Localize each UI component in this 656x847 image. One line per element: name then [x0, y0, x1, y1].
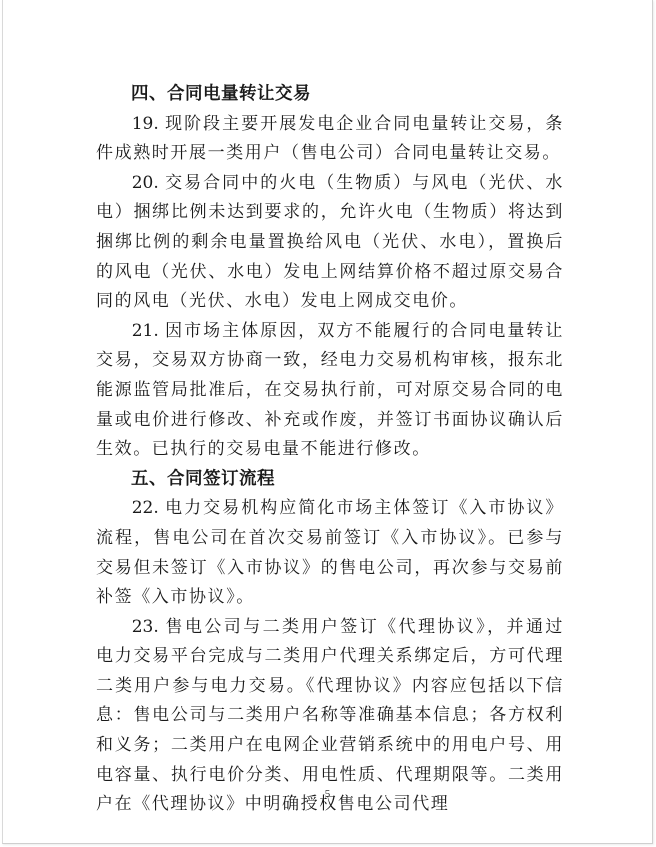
clause-text: 现阶段主要开展发电企业合同电量转让交易，条件成熟时开展一类用户（售电公司）合同电… [96, 114, 564, 164]
clause-number: 20. [132, 173, 159, 193]
clause-number: 23. [132, 617, 159, 637]
clause-number: 19. [132, 114, 159, 134]
document-page: 四、合同电量转让交易 19.现阶段主要开展发电企业合同电量转让交易，条件成熟时开… [2, 0, 653, 844]
clause-number: 22. [132, 498, 159, 518]
clause-number: 21. [132, 321, 159, 341]
section-heading-5: 五、合同签订流程 [96, 465, 564, 495]
clause-21: 21.因市场主体原因，双方不能履行的合同电量转让交易，交易双方协商一致，经电力交… [96, 317, 564, 465]
clause-text: 售电公司与二类用户签订《代理协议》，并通过电力交易平台完成与二类用户代理关系绑定… [96, 617, 564, 815]
section-heading-4: 四、合同电量转让交易 [96, 80, 564, 110]
clause-text: 电力交易机构应简化市场主体签订《入市协议》流程，售电公司在首次交易前签订《入市协… [96, 498, 564, 607]
page-number: 5 [3, 788, 652, 800]
clause-20: 20.交易合同中的火电（生物质）与风电（光伏、水电）捆绑比例未达到要求的，允许火… [96, 169, 564, 317]
clause-text: 因市场主体原因，双方不能履行的合同电量转让交易，交易双方协商一致，经电力交易机构… [96, 321, 564, 459]
clause-19: 19.现阶段主要开展发电企业合同电量转让交易，条件成熟时开展一类用户（售电公司）… [96, 110, 564, 169]
page-content: 四、合同电量转让交易 19.现阶段主要开展发电企业合同电量转让交易，条件成熟时开… [96, 80, 564, 820]
clause-text: 交易合同中的火电（生物质）与风电（光伏、水电）捆绑比例未达到要求的，允许火电（生… [96, 173, 564, 311]
clause-22: 22.电力交易机构应简化市场主体签订《入市协议》流程，售电公司在首次交易前签订《… [96, 494, 564, 612]
